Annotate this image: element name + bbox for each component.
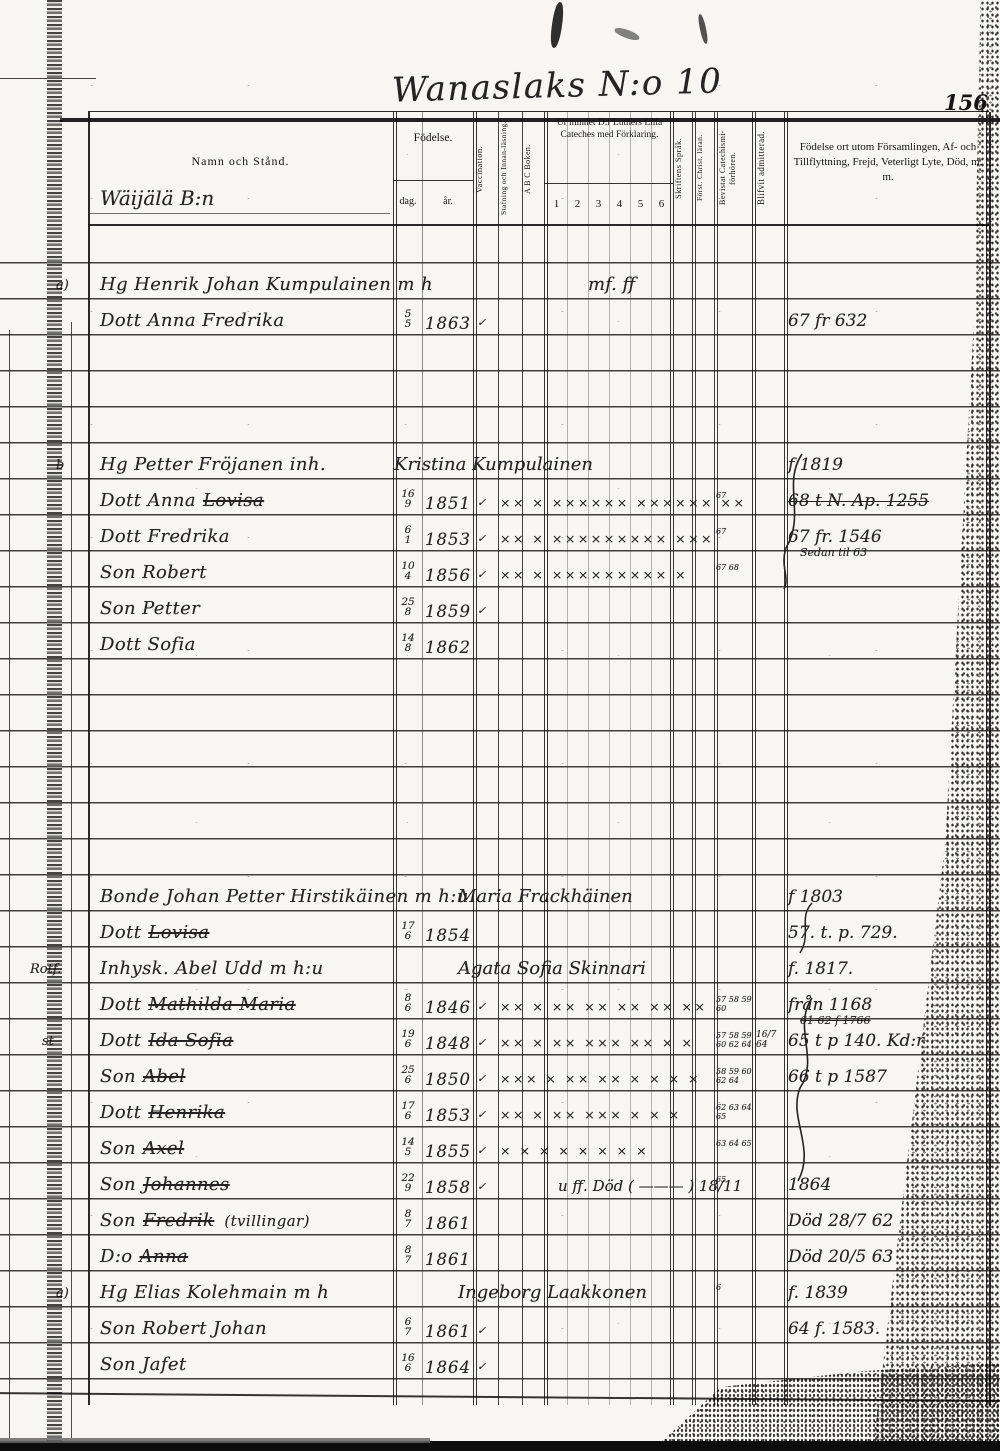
exam-years: 65 xyxy=(716,1175,762,1184)
day-denominator: 5 xyxy=(394,319,422,329)
row-note-secondary: Sedan til 63 xyxy=(800,546,867,559)
catechism-col-6: 6 xyxy=(651,198,672,210)
vaccination-mark: ✓ xyxy=(477,1108,486,1121)
vaccination-mark: ✓ xyxy=(477,1360,486,1373)
row-note: 67 fr 632 xyxy=(788,311,867,331)
row-name-text: Son xyxy=(100,1210,136,1231)
birth-day: 256 xyxy=(394,1065,422,1085)
birth-day: 258 xyxy=(394,597,422,617)
row-name: SonJohannes xyxy=(100,1174,230,1195)
book-binding-strip xyxy=(47,0,62,1451)
table-row: st DottIda Sofia 196 1848 ✓ ×× × ×× ××× … xyxy=(88,1028,988,1062)
catechism-col-4: 4 xyxy=(609,198,630,210)
day-denominator: 5 xyxy=(394,1147,422,1157)
exam-years: 63 64 65 xyxy=(716,1139,762,1148)
day-denominator: 7 xyxy=(394,1255,422,1265)
catechism-col-1: 1 xyxy=(546,198,567,210)
birth-day: 87 xyxy=(394,1245,422,1265)
table-row: Son Petter 258 1859 ✓ xyxy=(88,596,988,630)
table-row: Rotf. Inhysk. Abel Udd m h:u Agata Sofia… xyxy=(88,956,988,990)
row-note-secondary: 61 62 f 1766 xyxy=(800,1014,871,1027)
birth-day: 104 xyxy=(394,561,422,581)
column-header-birth-day: dag. xyxy=(394,196,422,207)
vaccination-mark: ✓ xyxy=(477,604,486,617)
row-name-struck: Ida Sofia xyxy=(148,1030,233,1051)
vaccination-mark: ✓ xyxy=(477,532,486,545)
birth-day: 169 xyxy=(394,489,422,509)
column-header-scripture: Skriftens Språk. xyxy=(673,114,693,222)
catechism-marks: ×× × ××××××××× × xyxy=(500,567,688,582)
vaccination-mark: ✓ xyxy=(477,1144,486,1157)
row-note: f. 1817. xyxy=(788,959,853,979)
vaccination-mark: ✓ xyxy=(477,568,486,581)
column-header-christianity: Först. Christ. läran. xyxy=(695,114,715,222)
birth-year: 1848 xyxy=(425,1034,471,1053)
row-name: Dott Anna Fredrika xyxy=(100,310,285,331)
page-number: 156 xyxy=(944,90,988,115)
remnant-vline xyxy=(71,322,72,1438)
row-name: SonAxel xyxy=(100,1138,184,1159)
row-name-struck: Mathilda Maria xyxy=(148,994,295,1015)
row-note: Död 20/5 63 xyxy=(788,1247,893,1267)
column-header-exams: Bevistat Catechismi-förhören. xyxy=(718,114,753,222)
birth-year: 1851 xyxy=(425,494,471,513)
admitted-date: 16/7 64 xyxy=(756,1031,790,1050)
death-note-script: u ff. Död ( ——— ) 18/11 xyxy=(558,1177,742,1195)
birth-year: 1861 xyxy=(425,1322,471,1341)
birth-year: 1850 xyxy=(425,1070,471,1089)
row-note: 64 f. 1583. xyxy=(788,1319,880,1339)
row-name: Son Petter xyxy=(100,598,200,619)
table-row: Dott Anna Fredrika 55 1863 ✓ 67 fr 632 xyxy=(88,308,988,342)
exam-years: 67 68 xyxy=(716,563,762,572)
row-note: f 1819 xyxy=(788,455,843,475)
birth-day: 229 xyxy=(394,1173,422,1193)
vaccination-mark: ✓ xyxy=(477,1000,486,1013)
exam-years: 62 63 64 65 xyxy=(716,1103,762,1121)
day-denominator: 8 xyxy=(394,607,422,617)
birth-day: 55 xyxy=(394,309,422,329)
row-name-text: Dott Anna xyxy=(100,490,196,511)
row-flourish: mf. ff xyxy=(588,274,635,295)
row-name: D:oAnna xyxy=(100,1246,188,1267)
birth-year: 1858 xyxy=(425,1178,471,1197)
row-name-text: Dott xyxy=(100,994,141,1015)
column-header-name: Namn och Stånd. xyxy=(88,154,393,169)
day-denominator: 8 xyxy=(394,643,422,653)
birth-year: 1856 xyxy=(425,566,471,585)
row-name-struck: Lovisa xyxy=(203,490,264,511)
catechism-marks: ×× × ×× ××× ×× × × xyxy=(500,1035,695,1050)
exam-years: 57 58 59 60 xyxy=(716,995,762,1013)
row-note: Död 28/7 62 xyxy=(788,1211,893,1231)
birth-year: 1854 xyxy=(425,926,471,945)
catechism-col-5: 5 xyxy=(630,198,651,210)
catechism-marks: ××× × ×× ×× × × × × xyxy=(500,1071,701,1086)
table-row: a) Hg Elias Kolehmain m h Ingeborg Laakk… xyxy=(88,1280,988,1314)
row-name: SonFredrik(tvillingar) xyxy=(100,1210,310,1231)
day-denominator: 6 xyxy=(394,1003,422,1013)
birth-day: 145 xyxy=(394,1137,422,1157)
grid-hline xyxy=(90,213,390,214)
row-name-struck: Anna xyxy=(140,1246,189,1267)
row-name: Hg Henrik Johan Kumpulainen m h xyxy=(100,274,433,295)
day-denominator: 1 xyxy=(394,535,422,545)
table-row: SonFredrik(tvillingar) 87 1861 Död 28/7 … xyxy=(88,1208,988,1242)
day-denominator: 6 xyxy=(394,931,422,941)
vaccination-mark: ✓ xyxy=(477,1072,486,1085)
row-name: Hg Petter Fröjanen inh. xyxy=(100,454,326,475)
row-name: DottMathilda Maria xyxy=(100,994,296,1015)
table-row: Son Robert Johan 67 1861 ✓ 64 f. 1583. xyxy=(88,1316,988,1350)
row-name-text: Son xyxy=(100,1174,136,1195)
page-title-script: Wanaslaks N:o 10 xyxy=(392,61,723,110)
day-denominator: 9 xyxy=(394,499,422,509)
row-name-text: Dott xyxy=(100,1030,141,1051)
row-spouse-script: Maria Frackhäinen xyxy=(458,886,633,907)
day-denominator: 6 xyxy=(394,1363,422,1373)
row-spouse-script: Kristina Kumpulainen xyxy=(394,454,593,475)
column-header-admitted: Blifvit admitterad. xyxy=(756,114,785,222)
exam-years: 67 xyxy=(716,527,762,536)
birth-year: 1853 xyxy=(425,1106,471,1125)
column-header-abc-book: A B C Boken. xyxy=(523,116,545,222)
vaccination-mark: ✓ xyxy=(477,496,486,509)
table-row: D:oAnna 87 1861 Död 20/5 63 xyxy=(88,1244,988,1278)
day-denominator: 6 xyxy=(394,1075,422,1085)
ink-blot xyxy=(697,14,709,45)
catechism-marks: ×× × ××××××××× ××× xyxy=(500,531,714,546)
table-row: DottHenrika 176 1853 ✓ ×× × ×× ××× × × ×… xyxy=(88,1100,988,1134)
birth-year: 1855 xyxy=(425,1142,471,1161)
catechism-marks: ×× × ×× ××× × × × xyxy=(500,1107,682,1122)
day-denominator: 6 xyxy=(394,1111,422,1121)
column-header-birth: Födelse. xyxy=(393,132,473,144)
row-name: Son Robert Johan xyxy=(100,1318,267,1339)
row-name-text: Dott xyxy=(100,922,141,943)
row-name: Dott Fredrika xyxy=(100,526,230,547)
row-name-struck: Abel xyxy=(143,1066,186,1087)
row-name: Bonde Johan Petter Hirstikäinen m h:u xyxy=(100,886,469,907)
row-note: 68 t N. Ap. 1255 xyxy=(788,491,929,511)
row-name-struck: Fredrik xyxy=(143,1210,214,1231)
row-note: 1864 xyxy=(788,1175,831,1195)
birth-year: 1846 xyxy=(425,998,471,1017)
day-denominator: 4 xyxy=(394,571,422,581)
scan-bottom-band-gray xyxy=(0,1438,430,1443)
row-name: Son Robert xyxy=(100,562,207,583)
birth-year: 1863 xyxy=(425,314,471,333)
table-row: SonJohannes 229 1858 ✓ u ff. Död ( ——— )… xyxy=(88,1172,988,1206)
vaccination-mark: ✓ xyxy=(477,1324,486,1337)
birth-day: 166 xyxy=(394,1353,422,1373)
row-name: Dott Sofia xyxy=(100,634,196,655)
table-row: DottMathilda Maria 86 1846 ✓ ×× × ×× ×× … xyxy=(88,992,988,1026)
row-name-text: D:o xyxy=(100,1246,133,1267)
row-name: DottIda Sofia xyxy=(100,1030,233,1051)
row-name: Inhysk. Abel Udd m h:u xyxy=(100,958,323,979)
grid-hline xyxy=(88,111,989,112)
row-name-text: Son xyxy=(100,1138,136,1159)
catechism-marks: ×× × ×× ×× ×× ×× ×× xyxy=(500,999,708,1014)
row-name: SonAbel xyxy=(100,1066,186,1087)
birth-day: 86 xyxy=(394,993,422,1013)
row-note: f. 1839 xyxy=(788,1283,848,1303)
birth-year: 1859 xyxy=(425,602,471,621)
vaccination-mark: ✓ xyxy=(477,1180,486,1193)
day-denominator: 9 xyxy=(394,1183,422,1193)
row-note: 67 fr. 1546 xyxy=(788,527,882,547)
table-row: b Hg Petter Fröjanen inh. Kristina Kumpu… xyxy=(88,452,988,486)
birth-day: 148 xyxy=(394,633,422,653)
birth-day: 176 xyxy=(394,1101,422,1121)
row-note: från 1168 xyxy=(788,995,872,1015)
table-row: SonAbel 256 1850 ✓ ××× × ×× ×× × × × × 5… xyxy=(88,1064,988,1098)
row-spouse-script: Ingeborg Laakkonen xyxy=(458,1282,647,1303)
table-row: Dott Fredrika 61 1853 ✓ ×× × ××××××××× ×… xyxy=(88,524,988,558)
catechism-marks: × × × × × × × × xyxy=(500,1143,649,1158)
table-row: DottLovisa 176 1854 57. t. p. 729. xyxy=(88,920,988,954)
birth-year: 1861 xyxy=(425,1214,471,1233)
grid-hline xyxy=(544,183,673,184)
day-denominator: 7 xyxy=(394,1327,422,1337)
row-name-struck: Lovisa xyxy=(148,922,209,943)
table-row: Bonde Johan Petter Hirstikäinen m h:u Ma… xyxy=(88,884,988,918)
row-name-text: Son xyxy=(100,1066,136,1087)
table-row: SonAxel 145 1855 ✓ × × × × × × × × 63 64… xyxy=(88,1136,988,1170)
grid-hline xyxy=(393,180,473,181)
ink-blot xyxy=(613,26,640,42)
row-name-struck: Axel xyxy=(143,1138,184,1159)
grid-hline xyxy=(60,118,1000,122)
ink-blot xyxy=(549,2,565,49)
row-name: Hg Elias Kolehmain m h xyxy=(100,1282,329,1303)
row-spouse-script: Agata Sofia Skinnari xyxy=(458,958,646,979)
row-note: 66 t p 1587 xyxy=(788,1067,887,1087)
register-page: Wanaslaks N:o 10 156 Namn och Stånd. Wäi… xyxy=(0,0,1000,1451)
birth-year: 1862 xyxy=(425,638,471,657)
row-name-struck: Johannes xyxy=(143,1174,230,1195)
birth-year: 1861 xyxy=(425,1250,471,1269)
table-row: Dott AnnaLovisa 169 1851 ✓ ×× × ×××××× ×… xyxy=(88,488,988,522)
column-header-spelling: Stafning och Innan-läsning. xyxy=(499,114,522,222)
catechism-col-2: 2 xyxy=(567,198,588,210)
row-note: f 1803 xyxy=(788,887,843,907)
exam-years: 6 xyxy=(716,1283,762,1292)
exam-years: 58 59 60 62 64 xyxy=(716,1067,762,1085)
birth-day: 61 xyxy=(394,525,422,545)
table-row: Dott Sofia 148 1862 xyxy=(88,632,988,666)
catechism-marks: ×× × ×××××× ×××××× ×× xyxy=(500,495,746,510)
remnant-vline xyxy=(9,330,10,1438)
birth-year: 1853 xyxy=(425,530,471,549)
table-row: a) Hg Henrik Johan Kumpulainen m h mf. f… xyxy=(88,272,988,306)
day-denominator: 6 xyxy=(394,1039,422,1049)
birth-day: 176 xyxy=(394,921,422,941)
exam-years: 67 xyxy=(716,491,762,500)
row-note: 65 t p 140. Kd:r xyxy=(788,1031,924,1051)
grid-hline xyxy=(88,224,989,226)
birth-day: 87 xyxy=(394,1209,422,1229)
day-denominator: 7 xyxy=(394,1219,422,1229)
district-script: Wäijälä B:n xyxy=(100,186,214,210)
vaccination-mark: ✓ xyxy=(477,316,486,329)
column-header-vaccination: Vaccination. xyxy=(474,116,498,222)
row-name: Son Jafet xyxy=(100,1354,187,1375)
birth-year: 1864 xyxy=(425,1358,471,1377)
row-name-text: Dott xyxy=(100,1102,141,1123)
catechism-col-3: 3 xyxy=(588,198,609,210)
row-name: Dott AnnaLovisa xyxy=(100,490,264,511)
vaccination-mark: ✓ xyxy=(477,1036,486,1049)
row-note: 57. t. p. 729. xyxy=(788,923,898,943)
row-name: DottLovisa xyxy=(100,922,209,943)
row-name-suffix: (tvillingar) xyxy=(224,1212,310,1230)
row-name-struck: Henrika xyxy=(148,1102,225,1123)
birth-day: 196 xyxy=(394,1029,422,1049)
table-row: Son Robert 104 1856 ✓ ×× × ××××××××× × 6… xyxy=(88,560,988,594)
row-name: DottHenrika xyxy=(100,1102,225,1123)
column-header-birth-year: år. xyxy=(424,196,472,207)
column-header-notes: Födelse ort utom Församlingen, Af- och T… xyxy=(790,140,986,185)
birth-day: 67 xyxy=(394,1317,422,1337)
